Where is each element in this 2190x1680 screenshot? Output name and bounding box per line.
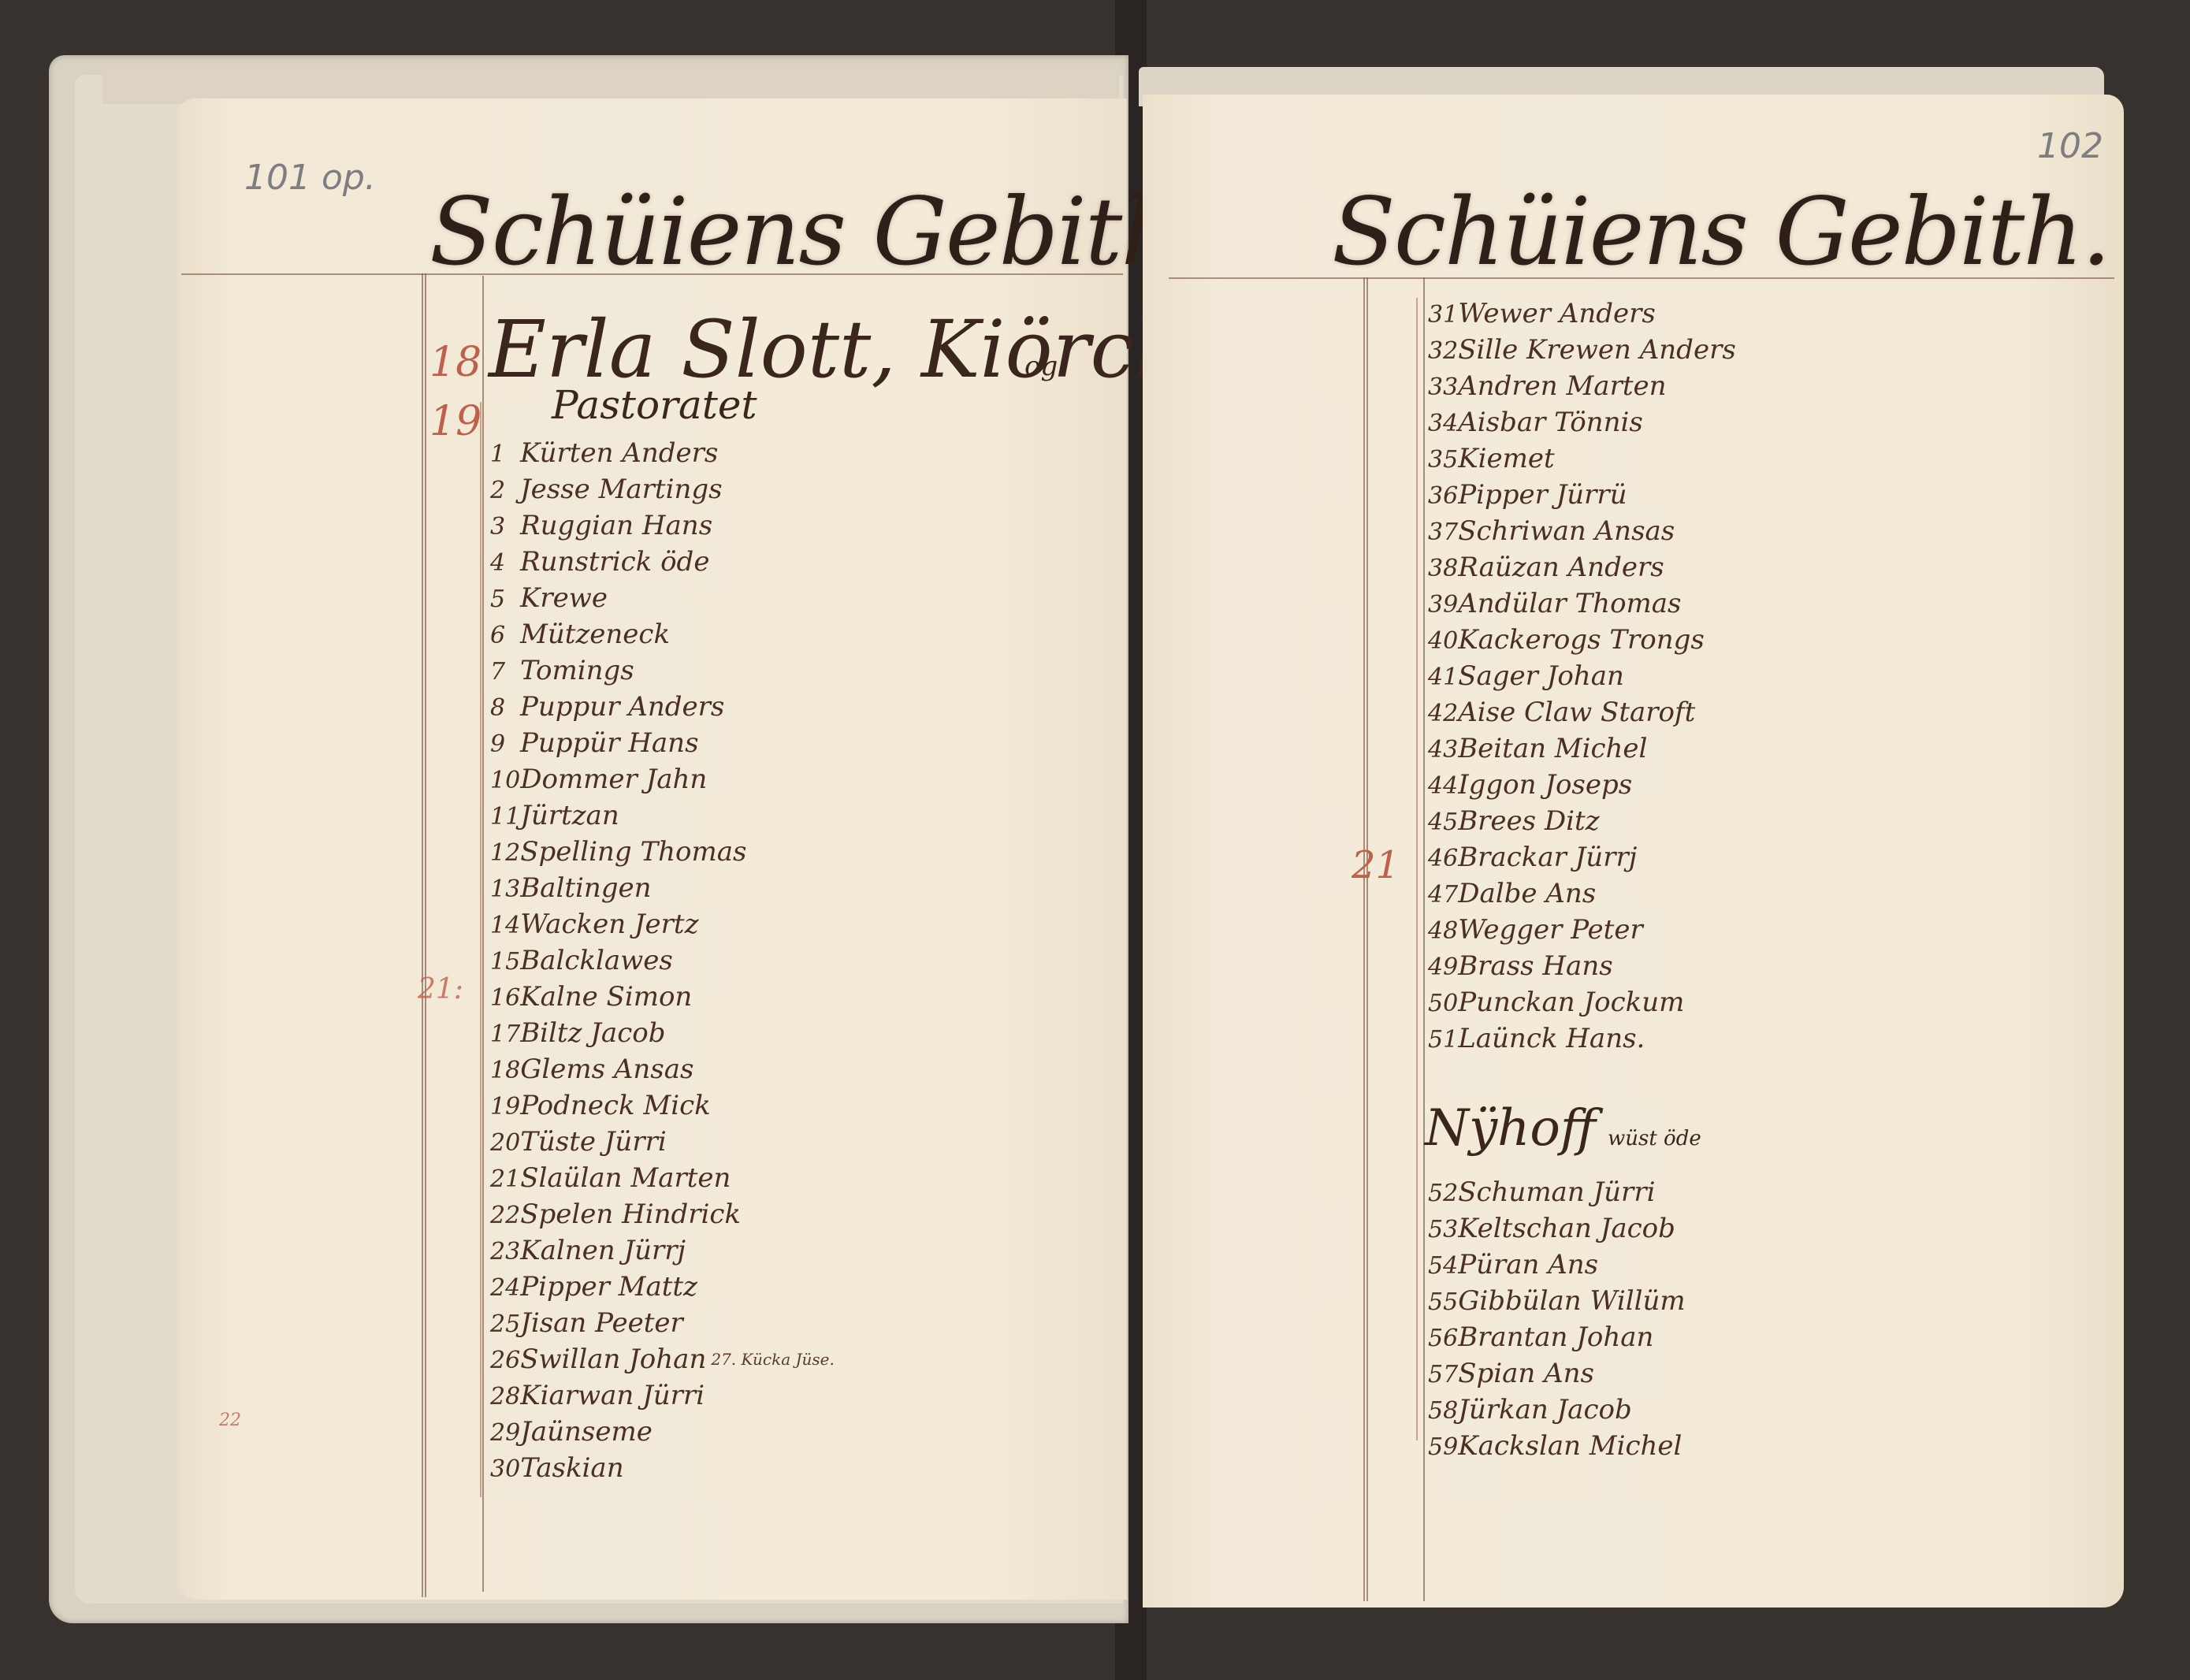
- list-item: 33Andren Marten: [1428, 368, 1736, 404]
- list-item: 4Runstrick öde: [490, 544, 835, 580]
- right-number-rule: [1423, 277, 1425, 1601]
- list-item: 45Brees Ditz: [1428, 803, 1736, 839]
- list-item: 53Keltschan Jacob: [1428, 1210, 1686, 1247]
- right-red-rule: [1416, 298, 1418, 1440]
- left-margin-number-22: 22: [219, 1411, 241, 1430]
- list-item: 22Spelen Hindrick: [490, 1196, 835, 1232]
- right-section-heading: Nÿhoff: [1425, 1099, 1596, 1158]
- left-entry-list: 1Kürten Anders 2Jesse Martings 3Ruggian …: [490, 435, 835, 1486]
- list-item: 32Sille Krewen Anders: [1428, 332, 1736, 368]
- list-item: 43Beitan Michel: [1428, 730, 1736, 767]
- left-number-rule: [482, 276, 484, 1592]
- list-item: 6Mützeneck: [490, 616, 835, 652]
- list-item: 9Puppür Hans: [490, 725, 835, 761]
- right-section-note: wüst öde: [1608, 1127, 1701, 1150]
- right-page-title: Schüiens Gebith.: [1332, 177, 2110, 286]
- list-item: 12Spelling Thomas: [490, 834, 835, 870]
- list-item: 21Slaülan Marten: [490, 1160, 835, 1196]
- list-item: 14Wacken Jertz: [490, 906, 835, 942]
- list-item: 25Jisan Peeter: [490, 1305, 835, 1341]
- list-item: 44Iggon Joseps: [1428, 767, 1736, 803]
- list-item: 41Sager Johan: [1428, 658, 1736, 694]
- list-item: 5Krewe: [490, 580, 835, 616]
- left-margin-number-21: 21:: [418, 973, 463, 1005]
- list-item: 49Brass Hans: [1428, 948, 1736, 984]
- list-item: 42Aise Claw Staroft: [1428, 694, 1736, 730]
- list-item: 52Schuman Jürri: [1428, 1174, 1686, 1210]
- left-section-subheading: Pastoratet: [552, 382, 757, 428]
- list-item: 40Kackerogs Trongs: [1428, 622, 1736, 658]
- list-item: 47Dalbe Ans: [1428, 875, 1736, 912]
- list-item: 8Puppur Anders: [490, 689, 835, 725]
- list-item: 28Kiarwan Jürri: [490, 1377, 835, 1414]
- list-item: 58Jürkan Jacob: [1428, 1392, 1686, 1428]
- right-entry-list-2: 52Schuman Jürri 53Keltschan Jacob 54Püra…: [1428, 1174, 1686, 1464]
- list-item: 59Kackslan Michel: [1428, 1428, 1686, 1464]
- left-folio-number: 101 op.: [244, 158, 376, 198]
- list-item: 34Aisbar Tönnis: [1428, 404, 1736, 440]
- list-item: 3Ruggian Hans: [490, 507, 835, 544]
- list-item: 54Püran Ans: [1428, 1247, 1686, 1283]
- right-margin-rule-outer-2: [1366, 277, 1368, 1601]
- list-item: 31Wewer Anders: [1428, 295, 1736, 332]
- left-margin-number-18: 18: [429, 339, 482, 386]
- list-item: 57Spian Ans: [1428, 1355, 1686, 1392]
- list-item: 2Jesse Martings: [490, 471, 835, 507]
- right-margin-rule-outer: [1363, 277, 1365, 1601]
- list-item: 51Laünck Hans.: [1428, 1020, 1736, 1057]
- list-item: 29Jaünseme: [490, 1414, 835, 1450]
- left-red-rule: [480, 402, 482, 1497]
- list-item: 55Gibbülan Willüm: [1428, 1283, 1686, 1319]
- left-margin-rule-outer: [422, 273, 423, 1597]
- list-item: 23Kalnen Jürrj: [490, 1232, 835, 1269]
- list-item: 38Raüzan Anders: [1428, 549, 1736, 585]
- list-item: 16Kalne Simon: [490, 979, 835, 1015]
- list-item: 24Pipper Mattz: [490, 1269, 835, 1305]
- entry-note: 27. Kücka Jüse.: [711, 1350, 835, 1369]
- list-item: 10Dommer Jahn: [490, 761, 835, 797]
- list-item: 30Taskian: [490, 1450, 835, 1486]
- list-item: 18Glems Ansas: [490, 1051, 835, 1087]
- list-item: 50Punckan Jockum: [1428, 984, 1736, 1020]
- list-item: 19Podneck Mick: [490, 1087, 835, 1124]
- list-item: 36Pipper Jürrü: [1428, 477, 1736, 513]
- list-item: 11Jürtzan: [490, 797, 835, 834]
- list-item: 48Wegger Peter: [1428, 912, 1736, 948]
- list-item: 39Andülar Thomas: [1428, 585, 1736, 622]
- list-item: 15Balcklawes: [490, 942, 835, 979]
- list-item: 26Swillan Johan27. Kücka Jüse.: [490, 1341, 835, 1377]
- list-item: 46Brackar Jürrj: [1428, 839, 1736, 875]
- left-margin-rule-outer-2: [425, 273, 426, 1597]
- right-entry-list: 31Wewer Anders 32Sille Krewen Anders 33A…: [1428, 295, 1736, 1057]
- left-margin-number-19: 19: [429, 398, 482, 445]
- list-item: 17Biltz Jacob: [490, 1015, 835, 1051]
- list-item: 20Tüste Jürri: [490, 1124, 835, 1160]
- left-section-heading-og: og: [1024, 351, 1058, 382]
- list-item: 7Tomings: [490, 652, 835, 689]
- right-folio-number: 102: [2037, 126, 2103, 166]
- list-item: 56Brantan Johan: [1428, 1319, 1686, 1355]
- right-margin-number-21: 21: [1352, 843, 1400, 887]
- left-page-title: Schüiens Gebith.: [429, 177, 1207, 286]
- list-item: 1Kürten Anders: [490, 435, 835, 471]
- list-item: 13Baltingen: [490, 870, 835, 906]
- list-item: 37Schriwan Ansas: [1428, 513, 1736, 549]
- list-item: 35Kiemet: [1428, 440, 1736, 477]
